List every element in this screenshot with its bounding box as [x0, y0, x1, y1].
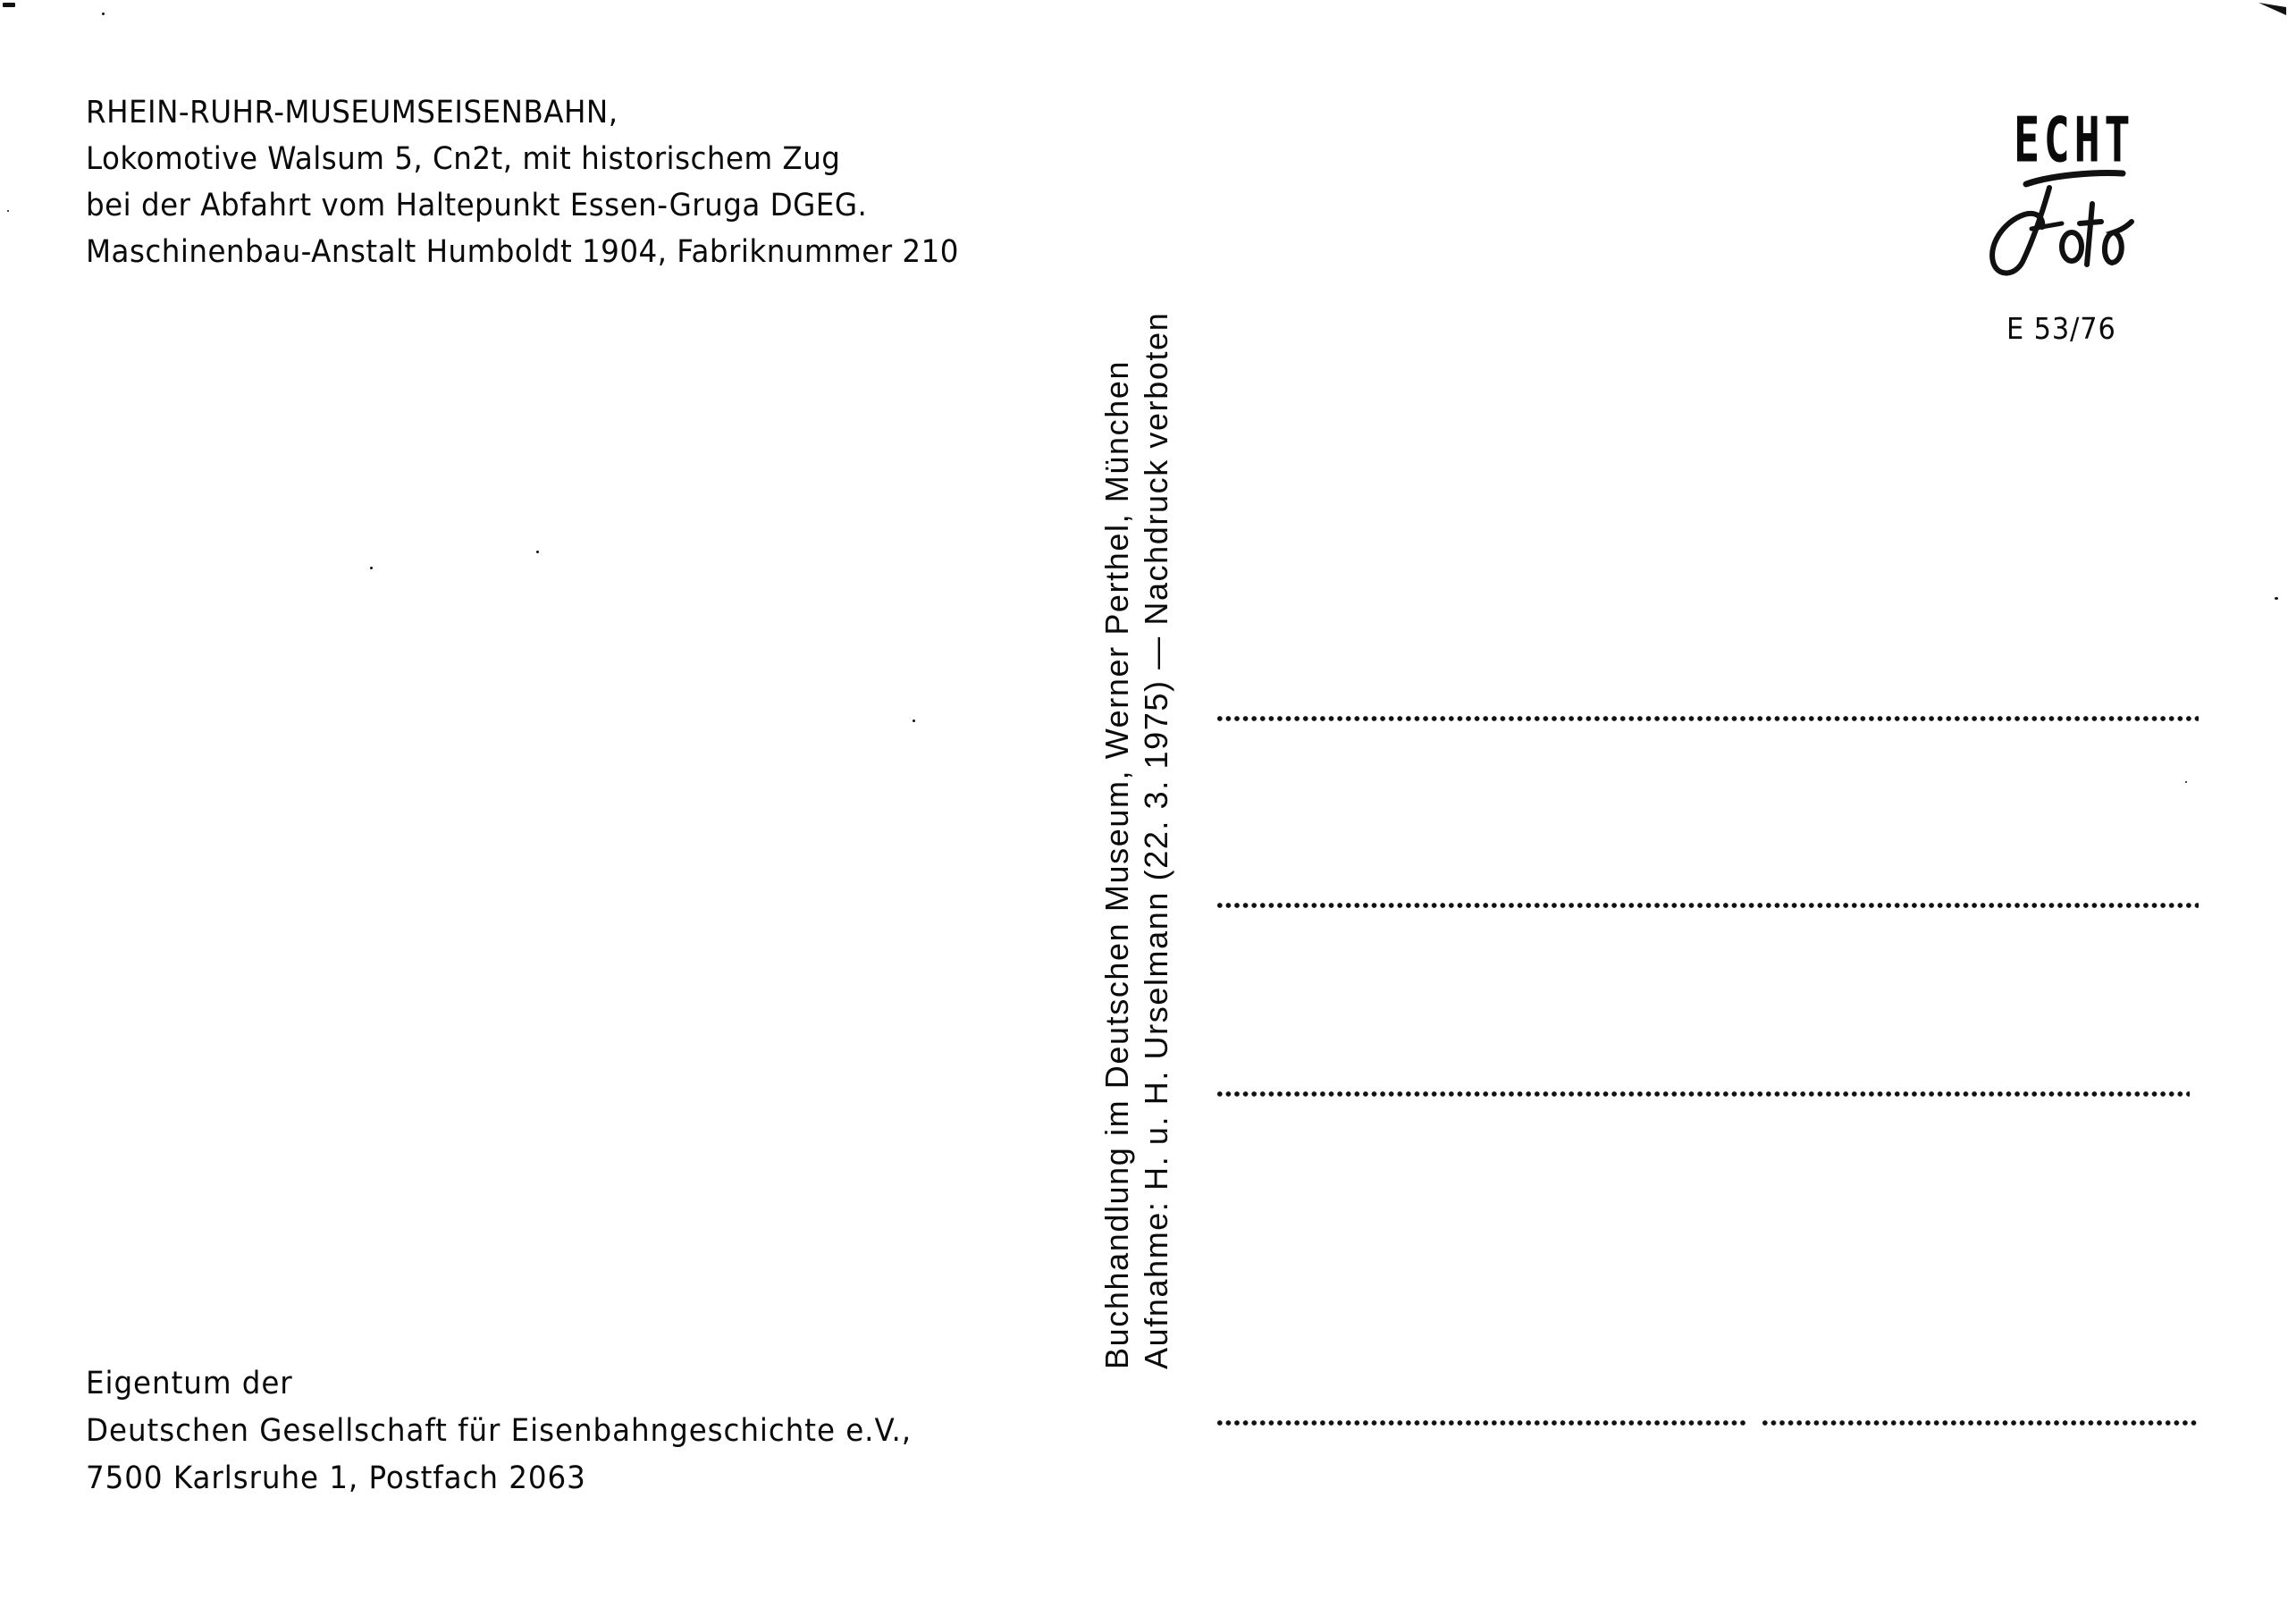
owner-line-organization: Deutschen Gesellschaft für Eisenbahngesc…	[86, 1408, 912, 1455]
address-line-3	[1215, 1091, 2190, 1097]
publisher-line: Buchhandlung im Deutschen Museum, Werner…	[1098, 225, 1137, 1369]
scan-speck	[913, 719, 915, 722]
caption-line-location: bei der Abfahrt vom Haltepunkt Essen-Gru…	[86, 182, 959, 229]
caption-line-locomotive: Lokomotive Walsum 5, Cn2t, mit historisc…	[86, 136, 959, 182]
scan-mark-top-right	[2257, 0, 2288, 18]
photo-caption: RHEIN-RUHR-MUSEUMSEISENBAHN, Lokomotive …	[86, 89, 959, 275]
address-line-1	[1215, 716, 2199, 721]
address-line-2	[1215, 903, 2199, 908]
scan-speck	[370, 567, 373, 569]
photo-credit-line: Aufnahme: H. u. H. Urselmann (22. 3. 197…	[1137, 225, 1176, 1369]
owner-block: Eigentum der Deutschen Gesellschaft für …	[86, 1360, 912, 1502]
publisher-credits: Buchhandlung im Deutschen Museum, Werner…	[1098, 225, 1176, 1369]
logo-foto-script-icon: Foto	[1980, 168, 2141, 284]
postcard-back: RHEIN-RUHR-MUSEUMSEISENBAHN, Lokomotive …	[0, 0, 2288, 1624]
logo-echt-text: ECHT	[2014, 105, 2134, 175]
scan-speck	[102, 13, 105, 15]
caption-line-title: RHEIN-RUHR-MUSEUMSEISENBAHN,	[86, 89, 959, 136]
echt-foto-logo: ECHT Foto	[1980, 105, 2141, 284]
scan-speck	[536, 551, 539, 553]
scan-speck	[7, 210, 9, 212]
scan-mark-top-left	[3, 3, 15, 7]
owner-line-label: Eigentum der	[86, 1360, 912, 1408]
owner-line-address: 7500 Karlsruhe 1, Postfach 2063	[86, 1455, 912, 1502]
catalog-code: E 53/76	[2006, 311, 2116, 346]
scan-speck	[2185, 781, 2187, 783]
svg-text:Foto: Foto	[1980, 168, 1982, 169]
caption-line-manufacturer: Maschinenbau-Anstalt Humboldt 1904, Fabr…	[86, 229, 959, 275]
address-line-4a	[1215, 1420, 1748, 1426]
scan-speck	[2275, 597, 2278, 600]
address-line-4b	[1761, 1420, 2199, 1426]
